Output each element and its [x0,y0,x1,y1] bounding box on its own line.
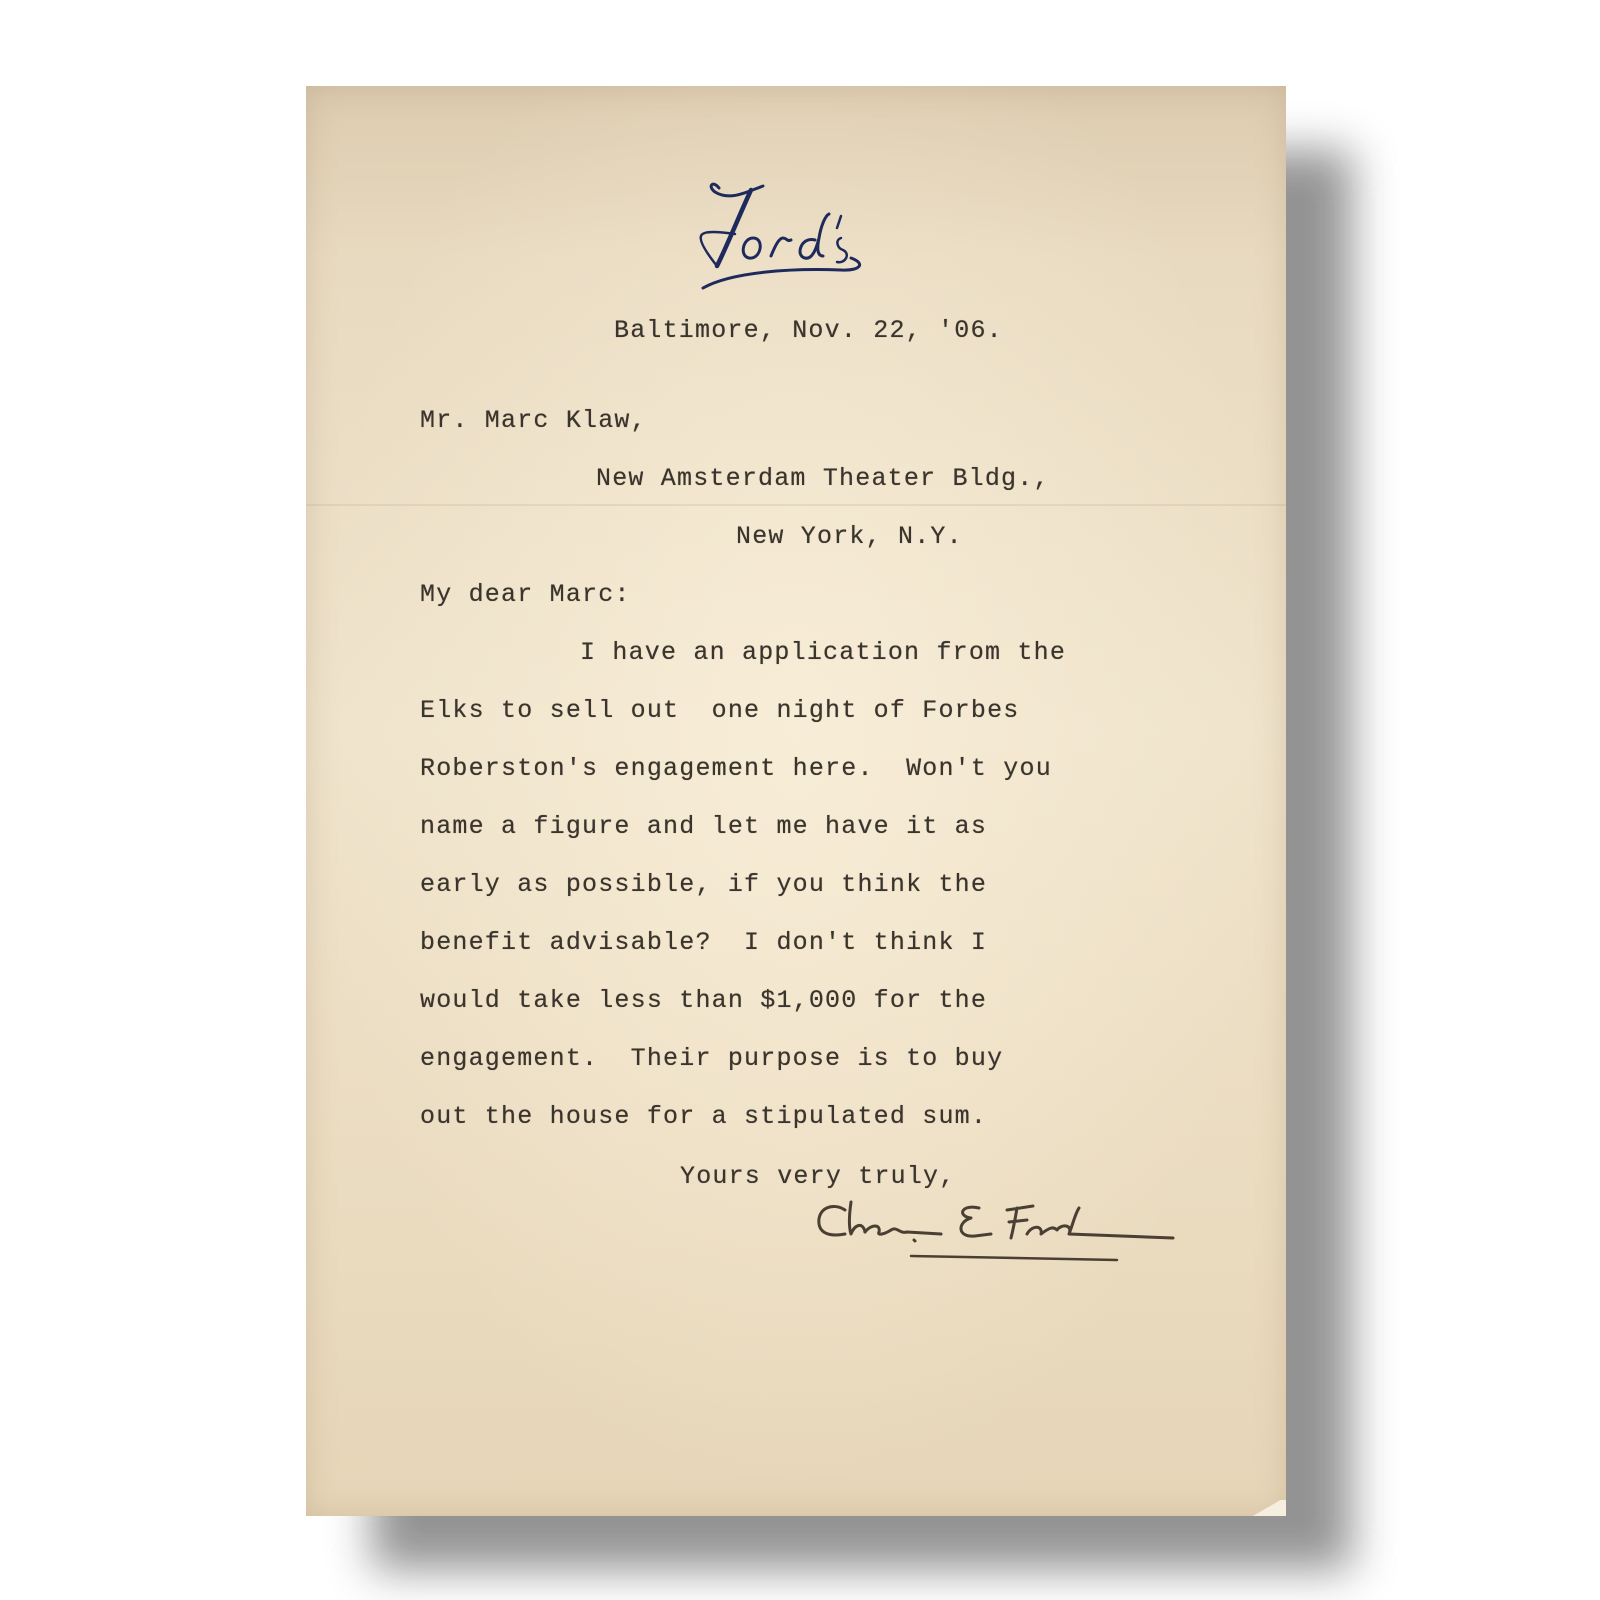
salutation: My dear Marc: [420,582,631,607]
letter-paper: Ford's Baltimore, Nov. 22, '06. Mr. Marc… [306,86,1286,1516]
paper-fold-line [306,504,1286,506]
body-line: I have an application from the [580,640,1066,665]
recipient-address-line1: New Amsterdam Theater Bldg., [596,466,1050,491]
body-line: engagement. Their purpose is to buy [420,1046,1003,1071]
recipient-name: Mr. Marc Klaw, [420,408,647,433]
body-line: early as possible, if you think the [420,872,987,897]
body-line: Roberston's engagement here. Won't you [420,756,1052,781]
fords-letterhead-logo: Ford's [691,176,881,296]
body-line: would take less than $1,000 for the [420,988,987,1013]
closing: Yours very truly, [680,1164,955,1189]
handwritten-signature: Chas. E. Ford [811,1194,1181,1274]
recipient-address-line2: New York, N.Y. [736,524,963,549]
body-line: benefit advisable? I don't think I [420,930,987,955]
body-line: Elks to sell out one night of Forbes [420,698,1020,723]
body-line: out the house for a stipulated sum. [420,1104,987,1129]
body-line: name a figure and let me have it as [420,814,987,839]
dateline: Baltimore, Nov. 22, '06. [614,318,1003,343]
